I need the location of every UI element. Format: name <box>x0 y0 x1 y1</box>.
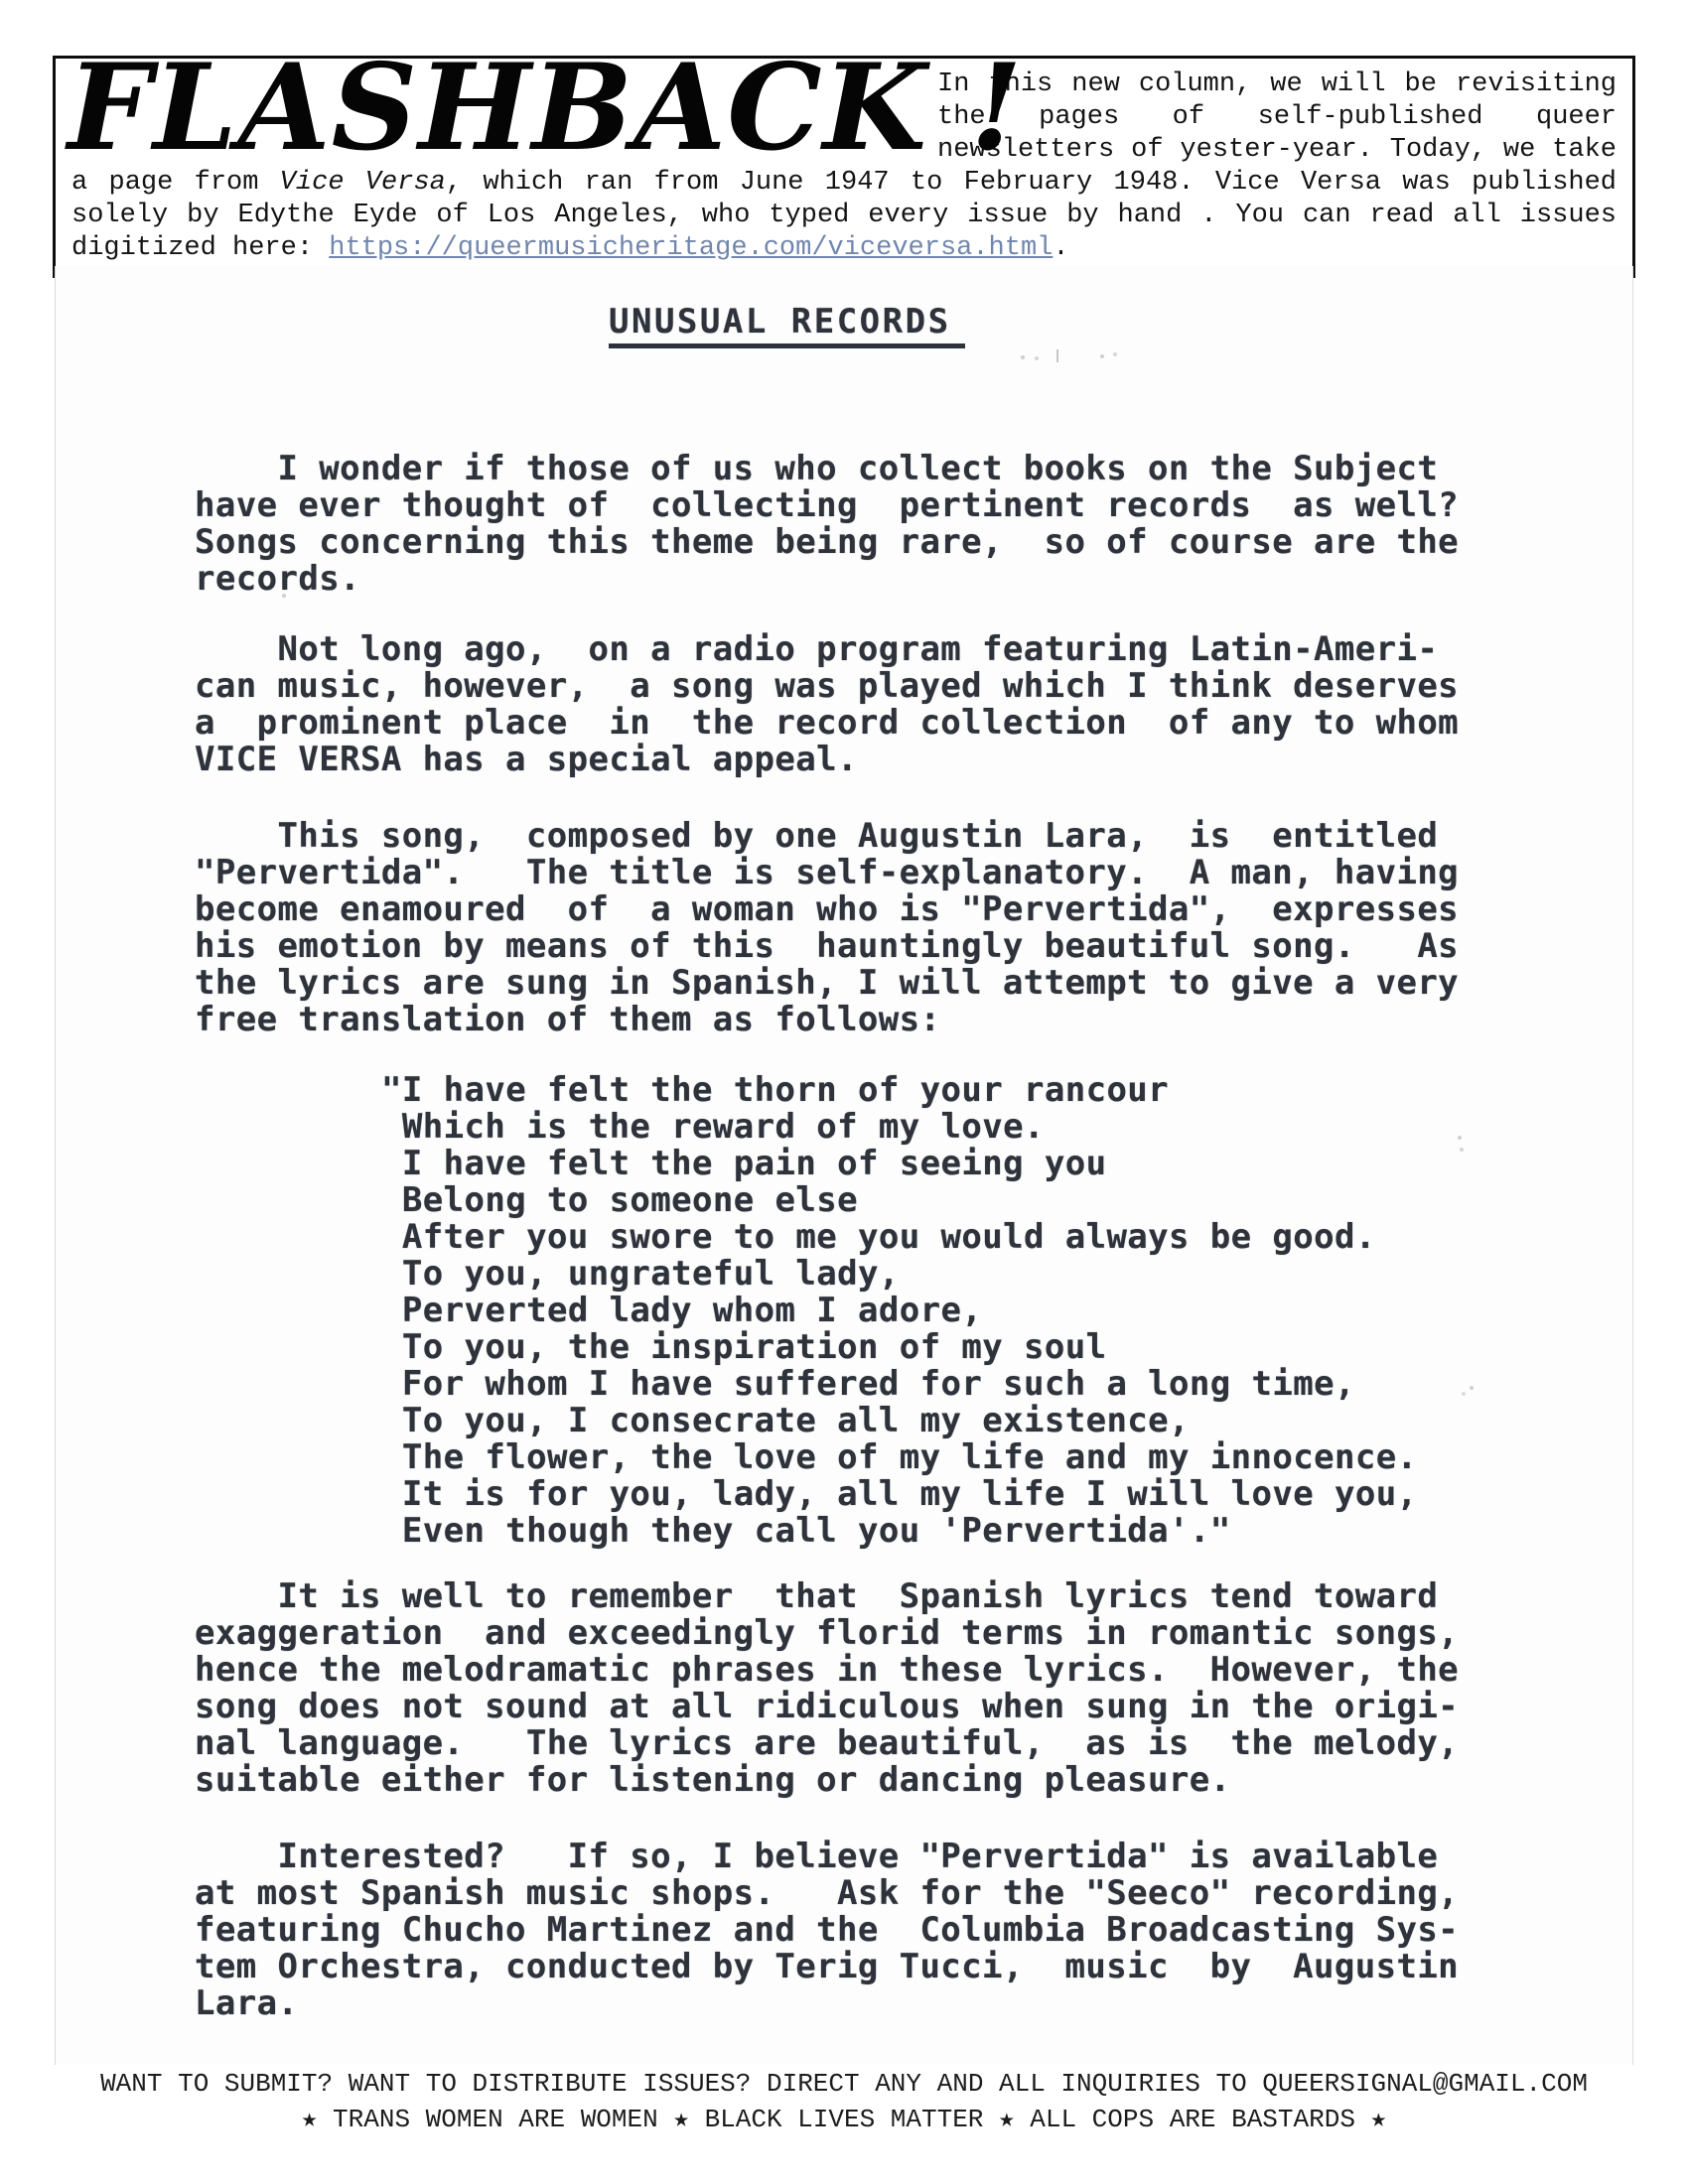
scan-artifact <box>1470 1386 1474 1390</box>
viceversa-link[interactable]: https://queermusicheritage.com/viceversa… <box>329 233 1053 263</box>
masthead-box: FLASHBACK ! In this new column, we will … <box>53 56 1635 278</box>
scan-artifact <box>1458 1136 1462 1140</box>
article-title: UNUSUAL RECORDS <box>609 304 965 348</box>
footer: WANT TO SUBMIT? WANT TO DISTRIBUTE ISSUE… <box>0 2066 1688 2137</box>
scan-artifact <box>282 594 286 598</box>
poem-translation-block: "I have felt the thorn of your rancour W… <box>381 1072 1418 1550</box>
document-scan: UNUSUAL RECORDS I wonder if those of us … <box>55 266 1633 2065</box>
article-paragraph-3: This song, composed by one Augustin Lara… <box>195 818 1459 1038</box>
article-paragraph-5: Interested? If so, I believe "Pervertida… <box>195 1839 1459 2022</box>
article-paragraph-1: I wonder if those of us who collect book… <box>195 451 1459 598</box>
article-paragraph-4: It is well to remember that Spanish lyri… <box>195 1578 1459 1799</box>
page: { "masthead": { "title": "FLASHBACK !", … <box>0 0 1688 2184</box>
footer-inquiries-line: WANT TO SUBMIT? WANT TO DISTRIBUTE ISSUE… <box>0 2066 1688 2102</box>
article-paragraph-2: Not long ago, on a radio program featuri… <box>195 631 1459 778</box>
intro-part3: . <box>1053 233 1068 263</box>
scan-artifact <box>1100 354 1104 358</box>
scan-artifact <box>1021 355 1025 359</box>
footer-solidarity-line: ★ TRANS WOMEN ARE WOMEN ★ BLACK LIVES MA… <box>0 2102 1688 2137</box>
scan-artifact <box>1056 349 1058 362</box>
flashback-title: FLASHBACK ! <box>68 43 1024 174</box>
